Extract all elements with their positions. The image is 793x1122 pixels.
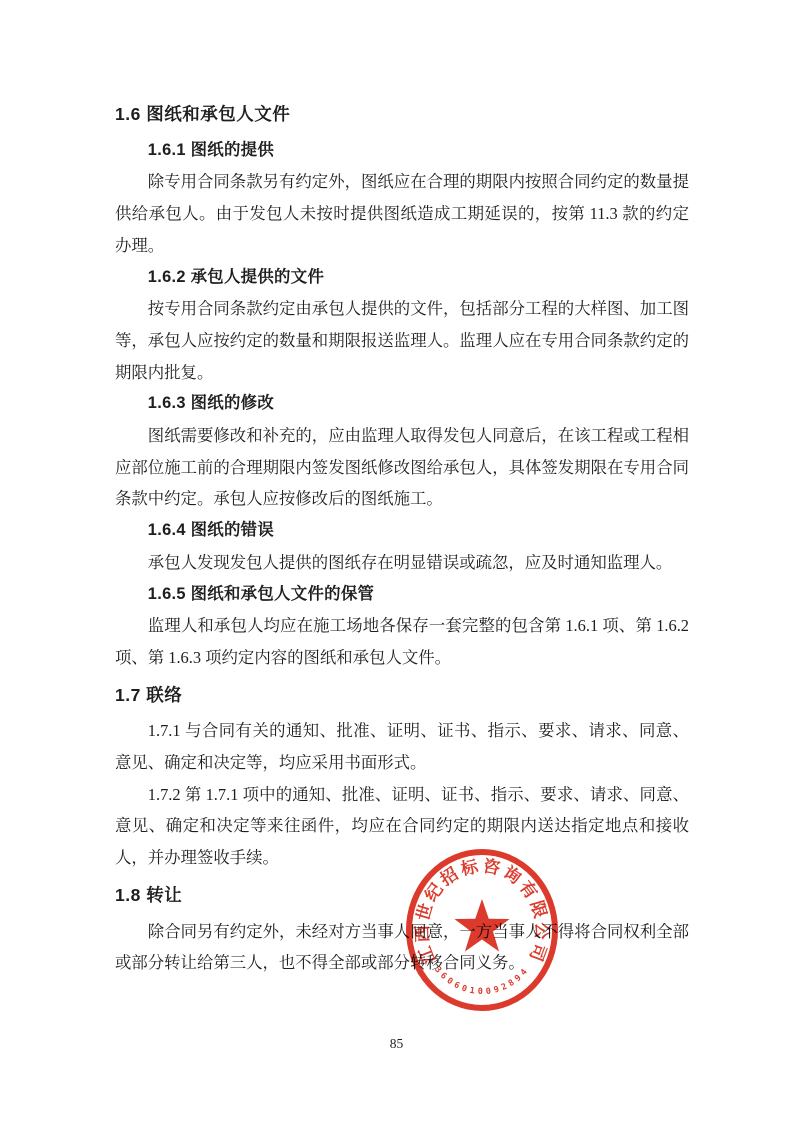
section-heading-1-8: 1.8 转让 xyxy=(115,880,689,912)
page-content: 1.6 图纸和承包人文件 1.6.1 图纸的提供 除专用合同条款另有约定外，图纸… xyxy=(115,93,689,979)
paragraph-1-6-1: 除专用合同条款另有约定外，图纸应在合理的期限内按照合同约定的数量提供给承包人。由… xyxy=(115,166,689,261)
section-heading-1-6: 1.6 图纸和承包人文件 xyxy=(115,99,689,131)
paragraph-1-7-1: 1.7.1 与合同有关的通知、批准、证明、证书、指示、要求、请求、同意、意见、确… xyxy=(115,715,689,778)
paragraph-1-6-2: 按专用合同条款约定由承包人提供的文件，包括部分工程的大样图、加工图等，承包人应按… xyxy=(115,293,689,388)
paragraph-1-6-4: 承包人发现发包人提供的图纸存在明显错误或疏忽，应及时通知监理人。 xyxy=(115,547,689,579)
page-number: 85 xyxy=(0,1036,793,1052)
paragraph-1-8: 除合同另有约定外，未经对方当事人同意，一方当事人不得将合同权利全部或部分转让给第… xyxy=(115,916,689,979)
paragraph-1-6-3: 图纸需要修改和补充的，应由监理人取得发包人同意后，在该工程或工程相应部位施工前的… xyxy=(115,420,689,515)
document-page: 1.6 图纸和承包人文件 1.6.1 图纸的提供 除专用合同条款另有约定外，图纸… xyxy=(0,0,793,1122)
subsection-heading-1-6-5: 1.6.5 图纸和承包人文件的保管 xyxy=(115,579,689,611)
paragraph-1-7-2: 1.7.2 第 1.7.1 项中的通知、批准、证明、证书、指示、要求、请求、同意… xyxy=(115,779,689,874)
section-heading-1-7: 1.7 联络 xyxy=(115,680,689,712)
subsection-heading-1-6-2: 1.6.2 承包人提供的文件 xyxy=(115,262,689,294)
paragraph-1-6-5: 监理人和承包人均应在施工场地各保存一套完整的包含第 1.6.1 项、第 1.6.… xyxy=(115,610,689,673)
subsection-heading-1-6-3: 1.6.3 图纸的修改 xyxy=(115,388,689,420)
subsection-heading-1-6-1: 1.6.1 图纸的提供 xyxy=(115,135,689,167)
subsection-heading-1-6-4: 1.6.4 图纸的错误 xyxy=(115,515,689,547)
